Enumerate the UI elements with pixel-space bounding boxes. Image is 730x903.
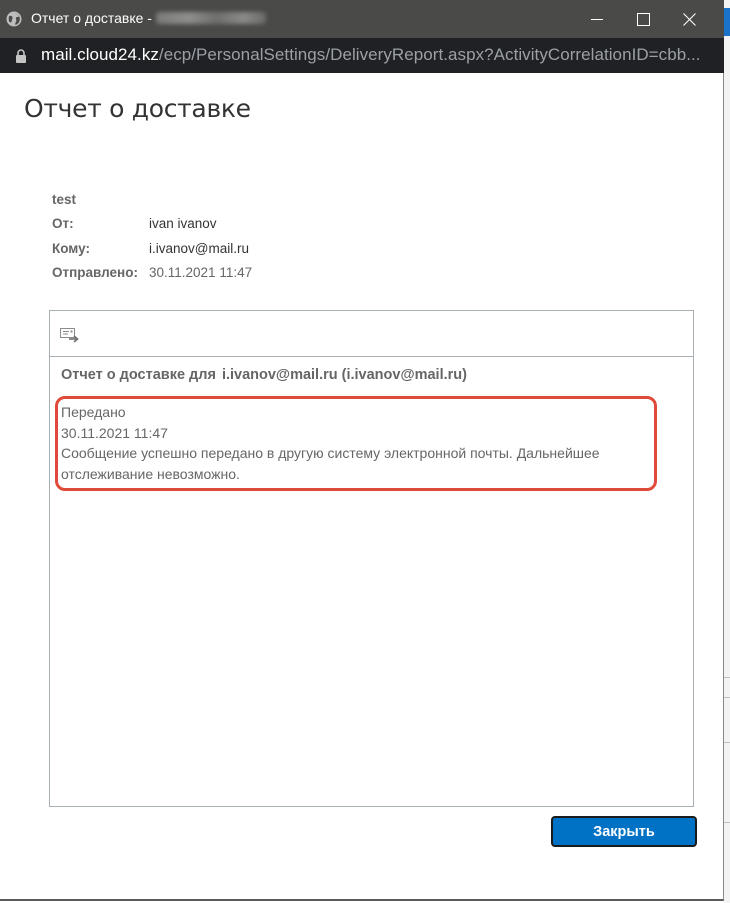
minimize-button[interactable] (574, 0, 620, 38)
globe-icon (6, 11, 22, 27)
background-divider (724, 677, 730, 678)
page-title: Отчет о доставке (24, 94, 251, 123)
delivery-description-line1: Сообщение успешно передано в другую сист… (61, 443, 661, 464)
close-button[interactable]: Закрыть (551, 816, 697, 847)
browser-popup-window: Отчет о доставке - mail.cloud24.kz/ecp/P… (0, 0, 724, 901)
maximize-button[interactable] (620, 0, 666, 38)
lock-icon (15, 49, 27, 63)
report-recipient: i.ivanov@mail.ru (i.ivanov@mail.ru) (222, 367, 467, 383)
delivery-report-panel: Отчет о доставке дляi.ivanov@mail.ru (i.… (49, 310, 694, 807)
url-host: mail.cloud24.kz (41, 45, 159, 64)
report-heading: Отчет о доставке дляi.ivanov@mail.ru (i.… (61, 367, 467, 383)
background-window-edge (724, 0, 730, 903)
window-title-text: Отчет о доставке - (31, 10, 152, 26)
maximize-icon (637, 13, 650, 26)
from-label: От: (52, 216, 74, 231)
url-text[interactable]: mail.cloud24.kz/ecp/PersonalSettings/Del… (41, 45, 701, 65)
background-divider (724, 822, 730, 823)
delivery-status: Передано (61, 402, 661, 423)
delivery-timestamp: 30.11.2021 11:47 (61, 423, 661, 444)
close-window-button[interactable] (666, 0, 712, 38)
background-accent (724, 8, 730, 36)
delivery-description-line2: отслеживание невозможно. (61, 464, 661, 485)
to-value: i.ivanov@mail.ru (149, 241, 249, 256)
sent-label: Отправлено: (52, 265, 138, 280)
url-path: /ecp/PersonalSettings/DeliveryReport.asp… (159, 45, 701, 64)
minimize-icon (591, 13, 603, 25)
sent-value: 30.11.2021 11:47 (149, 265, 252, 280)
window-titlebar[interactable]: Отчет о доставке - (0, 0, 724, 38)
background-divider (724, 697, 730, 698)
from-value: ivan ivanov (149, 216, 217, 231)
report-heading-prefix: Отчет о доставке для (61, 367, 216, 383)
delivery-status-details: Передано 30.11.2021 11:47 Сообщение успе… (61, 402, 661, 484)
export-report-icon[interactable] (60, 327, 82, 343)
to-label: Кому: (52, 241, 90, 256)
background-divider (724, 742, 730, 743)
close-icon (683, 13, 696, 26)
address-bar[interactable]: mail.cloud24.kz/ecp/PersonalSettings/Del… (0, 38, 724, 73)
window-title: Отчет о доставке - (31, 10, 266, 26)
message-subject: test (52, 192, 76, 207)
blurred-browser-name (156, 12, 266, 24)
report-toolbar (50, 311, 693, 357)
